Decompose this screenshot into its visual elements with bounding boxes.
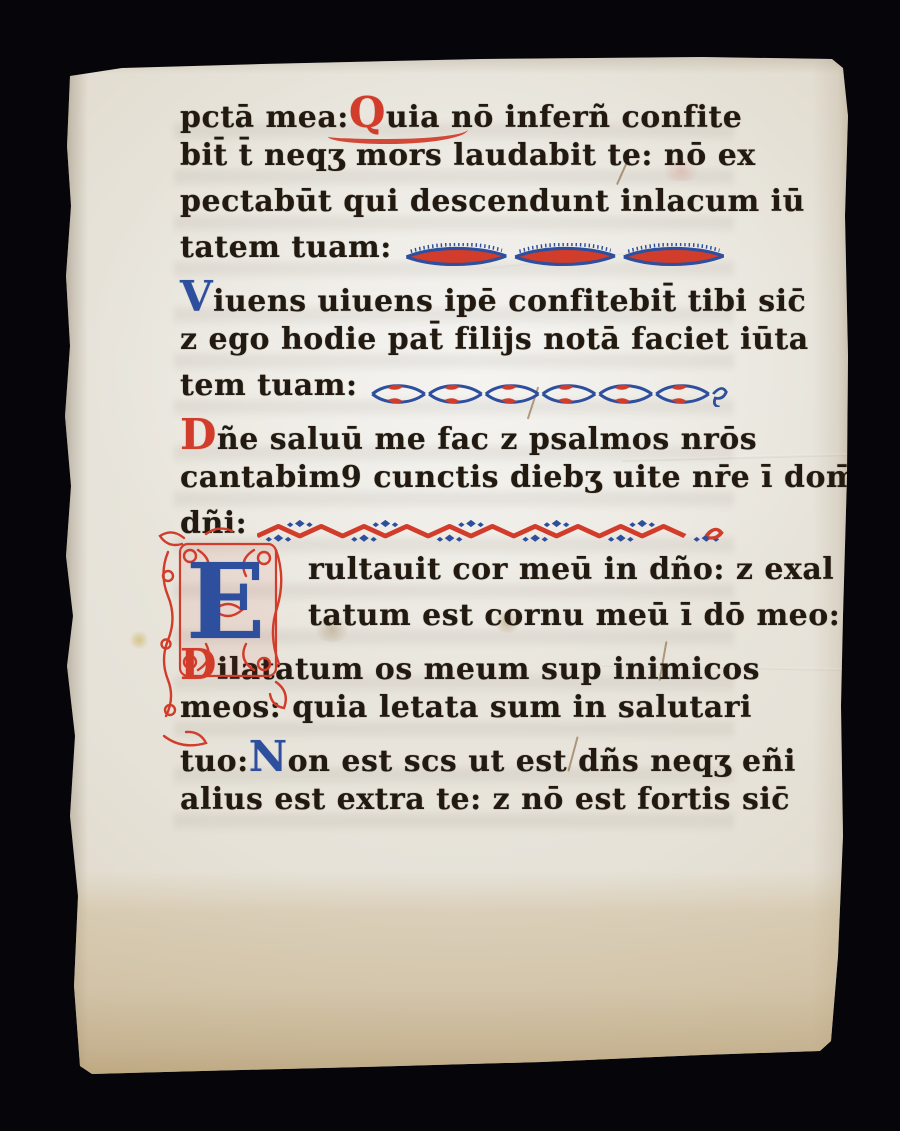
- line-text: tatem tuam:: [180, 230, 392, 265]
- manuscript-line: tem tuam:: [180, 368, 732, 414]
- text-block: pctā mea: Quia nō inferñ confitebit̄ t̄ …: [180, 92, 732, 828]
- line-text: tuo:: [180, 744, 249, 779]
- line-text: z ego hodie pat̄ filijs notā faciet iūta: [180, 322, 809, 357]
- rubricated-initial-D: D: [180, 644, 217, 686]
- manuscript-line: bit̄ t̄ neqʒ mors laudabit te: nō ex: [180, 138, 732, 184]
- line-text: dñi:: [180, 506, 247, 541]
- line-text: tatum est cornu meū ī dō meo:: [308, 598, 840, 633]
- line-filler-vine: [368, 381, 728, 407]
- line-text: meos: quia letata sum in salutari: [180, 690, 752, 725]
- line-text: cantabim9 cunctis diebʒ uite nr̄e ī dom̄: [180, 460, 858, 495]
- photo-background: pctā mea: Quia nō inferñ confitebit̄ t̄ …: [0, 0, 900, 1131]
- leaf-bottom-discoloration: [62, 871, 852, 1078]
- line-text: iuens uiuens ipē confitebit̄ tibi sic̄: [213, 284, 806, 319]
- manuscript-line: pectabūt qui descendunt inlacum iū: [180, 184, 732, 230]
- manuscript-line: pctā mea: Quia nō inferñ confite: [180, 92, 732, 138]
- manuscript-line: Viuens uiuens ipē confitebit̄ tibi sic̄: [180, 276, 732, 322]
- manuscript-line: tuo: Non est scs ut est dñs neqʒ eñi: [180, 736, 732, 782]
- line-text: pctā mea:: [180, 100, 349, 135]
- stain-spot: [128, 631, 150, 649]
- line-text: tem tuam:: [180, 368, 358, 403]
- line-filler-feather: [402, 243, 728, 269]
- rubricated-initial-V: V: [180, 276, 213, 318]
- line-text: bit̄ t̄ neqʒ mors laudabit te: nō ex: [180, 138, 756, 173]
- line-filler-zigzag: [257, 519, 728, 545]
- line-text: on est scs ut est dñs neqʒ eñi: [288, 744, 796, 779]
- rubricated-initial-N: N: [249, 736, 288, 778]
- line-text: alius est extra te: z nō est fortis sic̄: [180, 782, 790, 817]
- manuscript-line: dñi:: [180, 506, 732, 552]
- scratch-mark: [842, 793, 860, 814]
- manuscript-line: tatum est cornu meū ī dō meo:: [308, 598, 732, 644]
- manuscript-line: meos: quia letata sum in salutari: [180, 690, 732, 736]
- line-text: ñe saluū me fac z psalmos nrōs: [217, 422, 757, 457]
- manuscript-line: Dilatatum os meum sup inimicos: [180, 644, 732, 690]
- line-text: pectabūt qui descendunt inlacum iū: [180, 184, 805, 219]
- manuscript-line: z ego hodie pat̄ filijs notā faciet iūta: [180, 322, 732, 368]
- manuscript-line: Dñe saluū me fac z psalmos nrōs: [180, 414, 732, 460]
- manuscript-leaf: pctā mea: Quia nō inferñ confitebit̄ t̄ …: [62, 56, 852, 1078]
- line-text: rultauit cor meū in dño: z exal: [308, 552, 834, 587]
- manuscript-line: cantabim9 cunctis diebʒ uite nr̄e ī dom̄: [180, 460, 732, 506]
- line-text: ilatatum os meum sup inimicos: [217, 652, 760, 687]
- manuscript-line: tatem tuam:: [180, 230, 732, 276]
- manuscript-line: alius est extra te: z nō est fortis sic̄: [180, 782, 732, 828]
- rubricated-initial-D: D: [180, 414, 217, 456]
- manuscript-line: rultauit cor meū in dño: z exal: [308, 552, 732, 598]
